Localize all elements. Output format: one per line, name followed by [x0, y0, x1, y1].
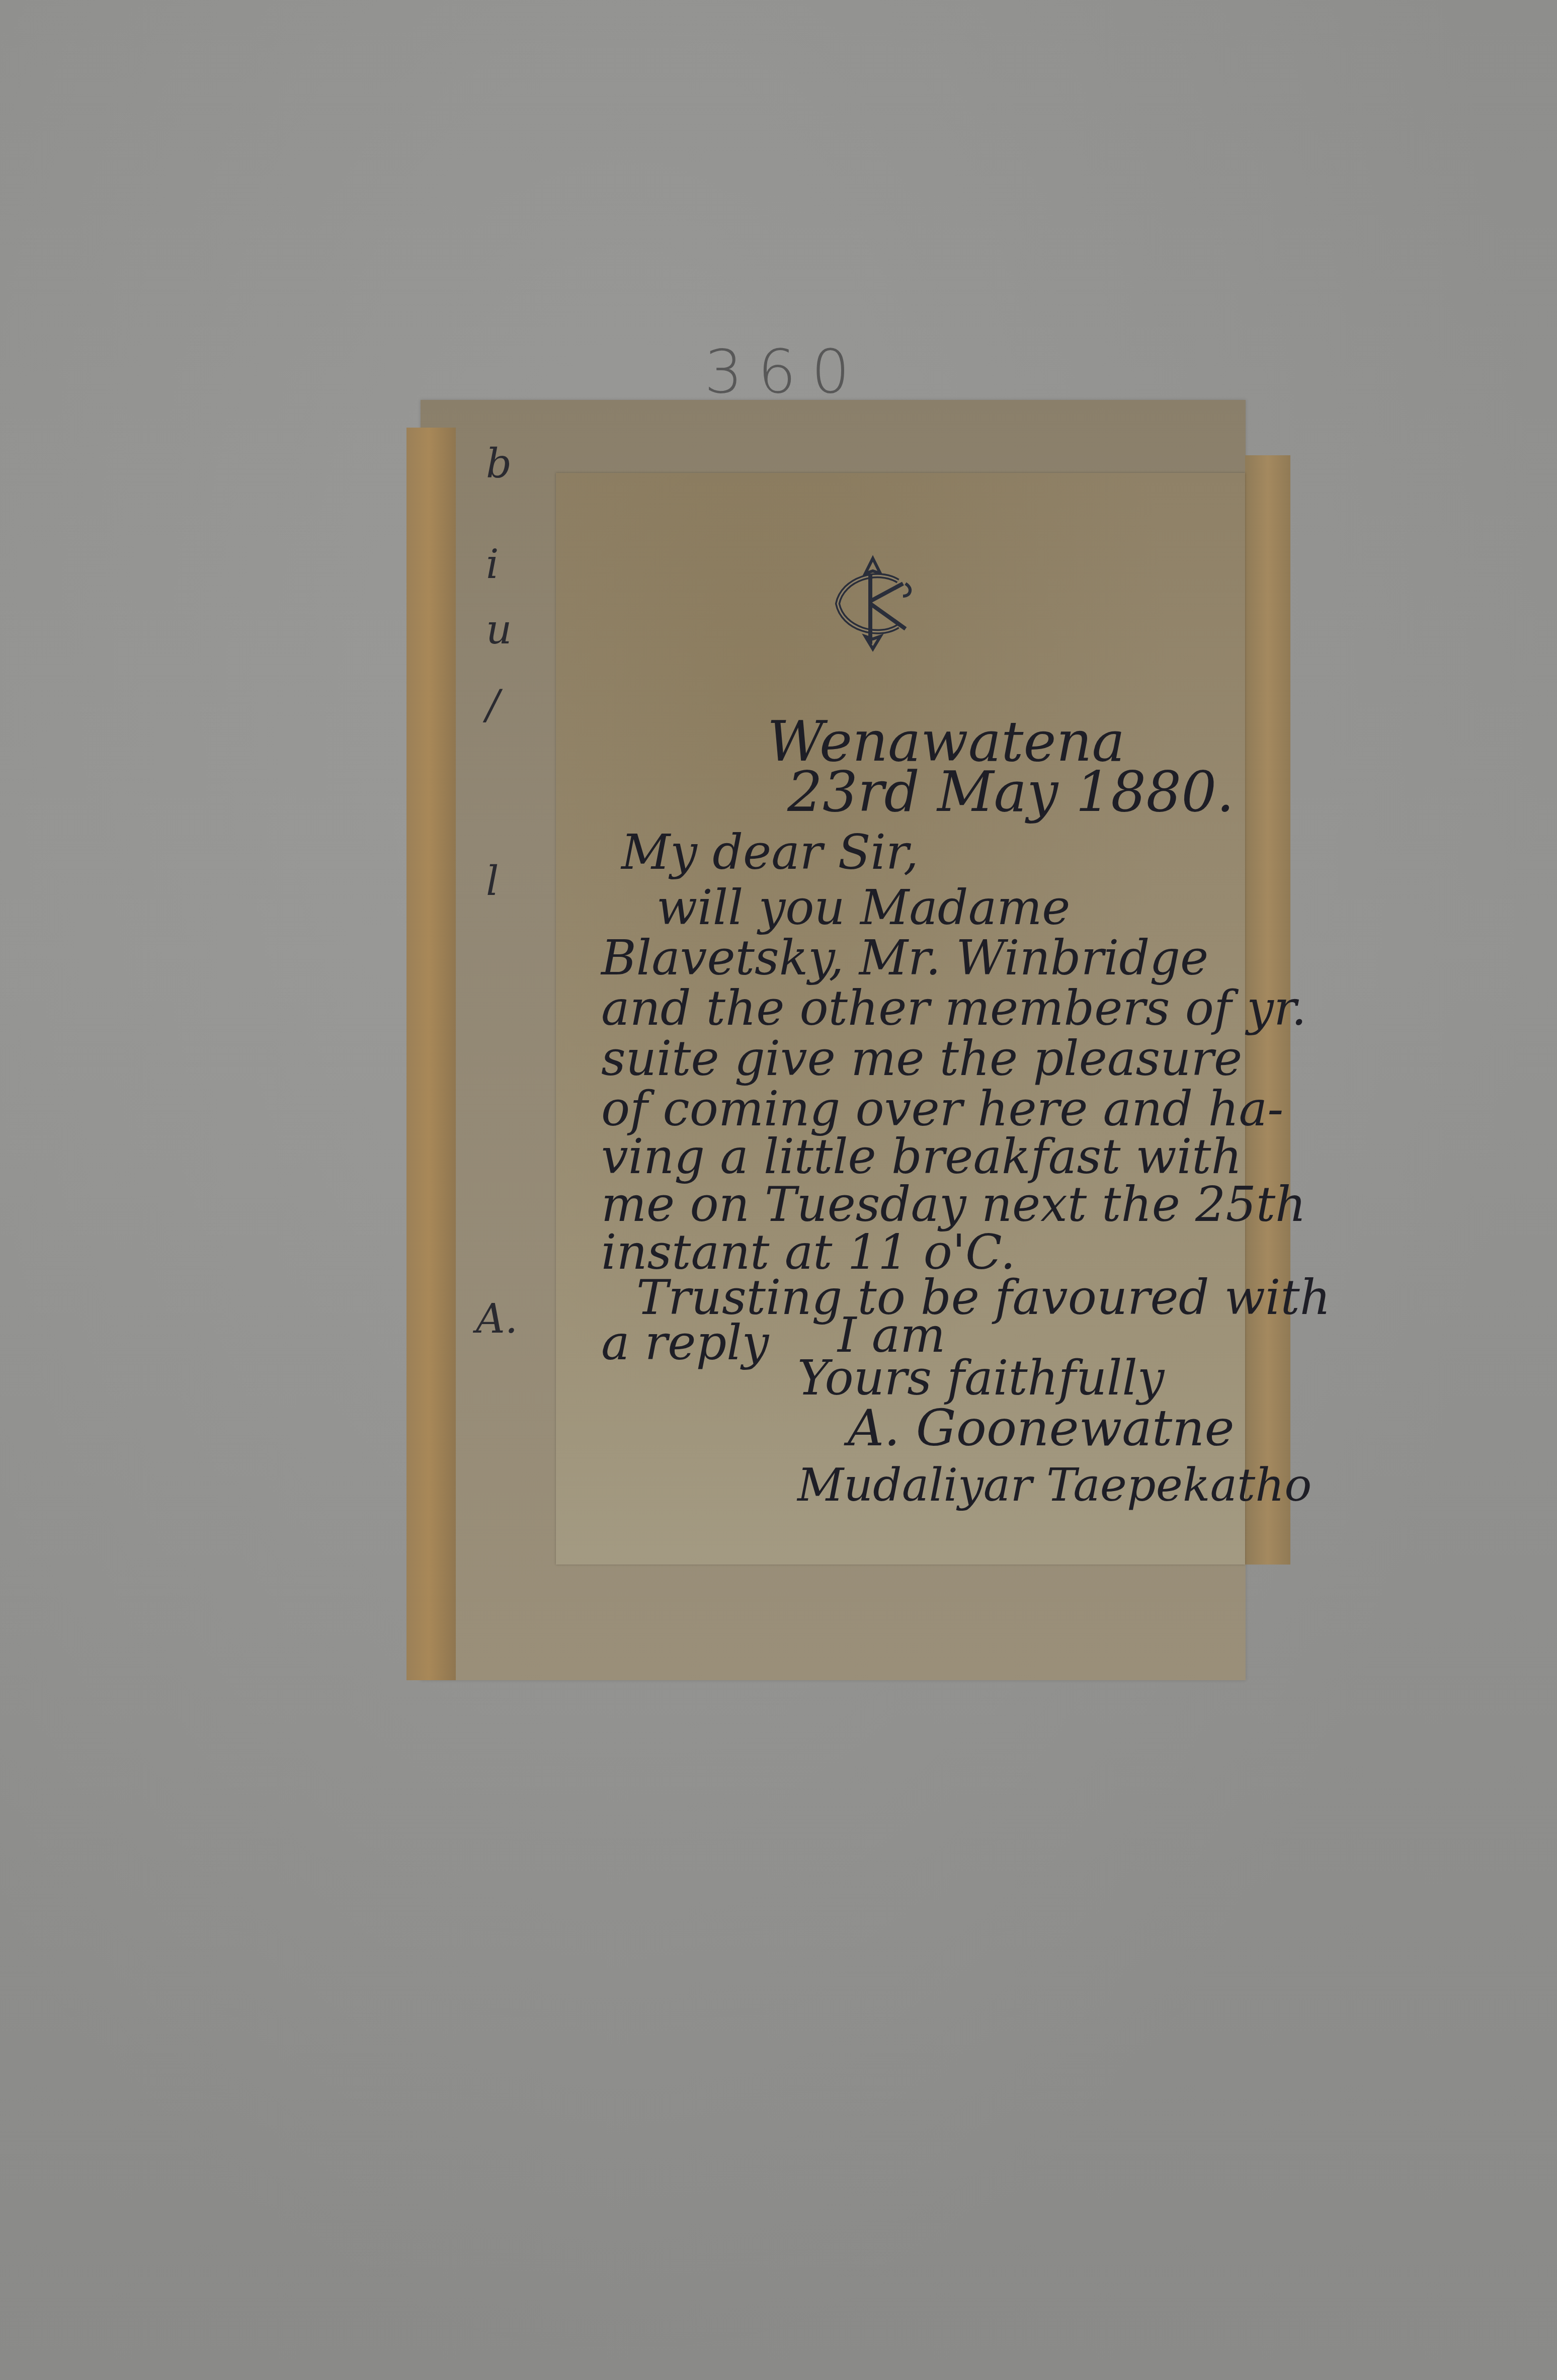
body-line: of coming over here and ha- [601, 1082, 1283, 1137]
under-fragment: b [486, 440, 512, 487]
body-line: me on Tuesday next the 25th [601, 1177, 1306, 1233]
body-line: suite give me the pleasure [601, 1031, 1242, 1087]
letter-sheet: Wenawatena 23rd May 1880. My dear Sir, w… [556, 473, 1245, 1565]
under-fragment: l [486, 858, 499, 905]
hinge-strip-left [406, 428, 456, 1680]
body-line: Blavetsky, Mr. Winbridge [601, 931, 1208, 986]
page-number: 360 [704, 337, 865, 407]
body-line: ving a little breakfast with [601, 1129, 1242, 1185]
letter-salutation: My dear Sir, [621, 825, 919, 880]
letter-date: 23rd May 1880. [787, 760, 1234, 824]
signature-title: Mudaliyar Taepekatho [797, 1459, 1312, 1512]
under-fragment: A. [476, 1295, 518, 1342]
body-line: and the other members of yr. [601, 981, 1306, 1036]
under-fragment: i [486, 541, 499, 588]
body-line: a reply [601, 1316, 769, 1371]
under-fragment: / [486, 682, 500, 728]
body-line: will you Madame [657, 880, 1071, 936]
under-fragment: u [486, 606, 512, 653]
album-page: 360 b i u / l A. Wenawatena 23rd May 188… [0, 0, 1557, 2380]
signature-name: A. Goonewatne [848, 1399, 1235, 1457]
monogram-icon [823, 553, 923, 654]
closing-yours-faithfully: Yours faithfully [797, 1351, 1165, 1406]
